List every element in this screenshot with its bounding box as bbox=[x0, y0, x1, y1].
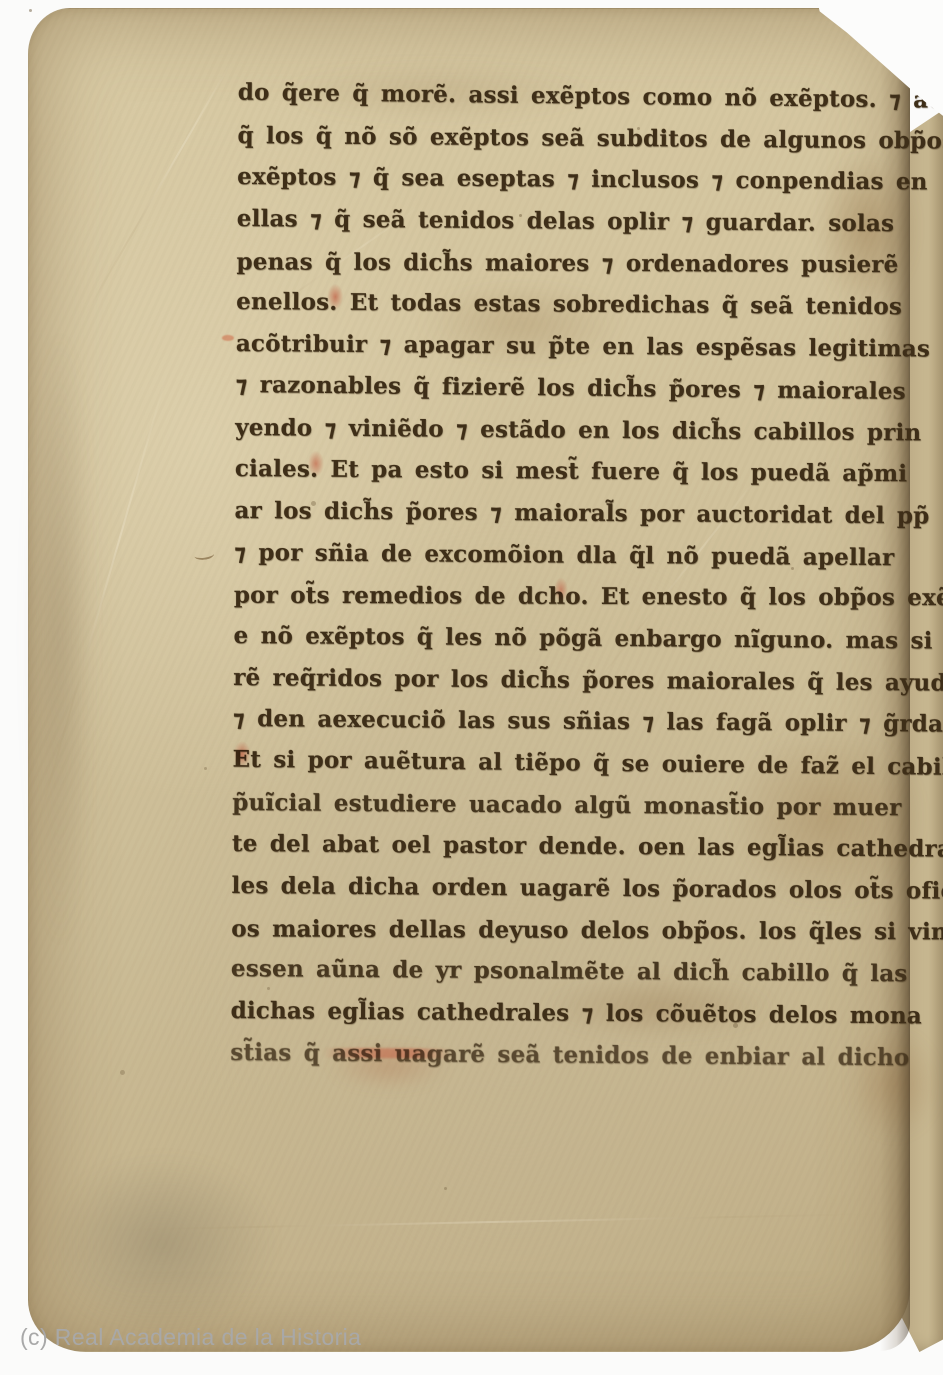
manuscript-line: p̃uĩcial estudiere uacado algũ monast̃io… bbox=[232, 782, 943, 830]
manuscript-line: por ot̃s remedios de dcho. Et enesto q̃ … bbox=[234, 575, 943, 619]
manuscript-scan-photo: { "scan": { "background_color": "#fbfbfa… bbox=[0, 0, 943, 1375]
crease-line bbox=[82, 59, 234, 320]
manuscript-line: ⁊ razonables q̃ fizierẽ los dich̃s p̃ore… bbox=[235, 364, 943, 414]
manuscript-text-block: do q̃ere q̃ morẽ. assi exẽptos como nõ e… bbox=[230, 73, 938, 1088]
manuscript-lines: do q̃ere q̃ morẽ. assi exẽptos como nõ e… bbox=[230, 73, 943, 1080]
manuscript-line: yendo ⁊ viniẽdo ⁊ estãdo en los dich̃s c… bbox=[235, 406, 943, 454]
manuscript-line: exẽptos ⁊ q̃ sea eseptas ⁊ inclusos ⁊ co… bbox=[237, 156, 943, 204]
stain bbox=[25, 329, 95, 949]
manuscript-line: Et si por auẽtura al tiẽpo q̃ se ouiere … bbox=[232, 739, 943, 789]
parchment-page: do q̃ere q̃ morẽ. assi exẽptos como nõ e… bbox=[28, 8, 910, 1352]
manuscript-line: enellos. Et todas estas sobredichas q̃ s… bbox=[236, 281, 943, 329]
stain bbox=[47, 1154, 277, 1334]
manuscript-line: st̃ias q̃ assi uagarẽ seã tenidos de enb… bbox=[230, 1032, 943, 1080]
manuscript-line: os maiores dellas deyuso delos obp̃os. l… bbox=[231, 908, 943, 953]
manuscript-line: acõtribuir ⁊ apagar su p̃te en las espẽs… bbox=[236, 323, 943, 371]
manuscript-line: e nõ exẽptos q̃ les nõ põgã enbargo nĩgu… bbox=[233, 615, 943, 663]
copyright-watermark: (c) Real Academia de la Historia bbox=[20, 1324, 361, 1351]
manuscript-line: dichas egl̃ias cathedrales ⁊ los cõuẽtos… bbox=[230, 990, 943, 1038]
manuscript-line: do q̃ere q̃ morẽ. assi exẽptos como nõ e… bbox=[238, 72, 943, 122]
manuscript-line: q̃ los q̃ nõ sõ exẽptos seã subditos de … bbox=[237, 115, 943, 163]
manuscript-line: les dela dicha orden uagarẽ los p̃orados… bbox=[231, 865, 943, 913]
manuscript-line: ⁊ por sñia de excomõion dla q̃l nõ puedã… bbox=[234, 532, 943, 580]
manuscript-line: rẽ req̃ridos por los dich̃s p̃ores maior… bbox=[233, 657, 943, 705]
ink-specks bbox=[29, 9, 32, 12]
manuscript-line: essen aũna de yr psonalmẽte al dich̃ cab… bbox=[231, 948, 943, 996]
manuscript-line: ar los dich̃s p̃ores ⁊ maioral̃s por auc… bbox=[234, 490, 943, 538]
margin-pen-tick bbox=[194, 548, 215, 561]
manuscript-line: penas q̃ los dich̃s maiores ⁊ ordenadore… bbox=[236, 241, 943, 286]
rubric-margin-mark bbox=[222, 335, 234, 341]
manuscript-line: te del abat oel pastor dende. oen las eg… bbox=[232, 823, 943, 871]
manuscript-line: ellas ⁊ q̃ seã tenidos delas oplir ⁊ gua… bbox=[237, 198, 943, 246]
manuscript-line: ciales. Et pa esto si mest̃ fuere q̃ los… bbox=[235, 448, 943, 496]
